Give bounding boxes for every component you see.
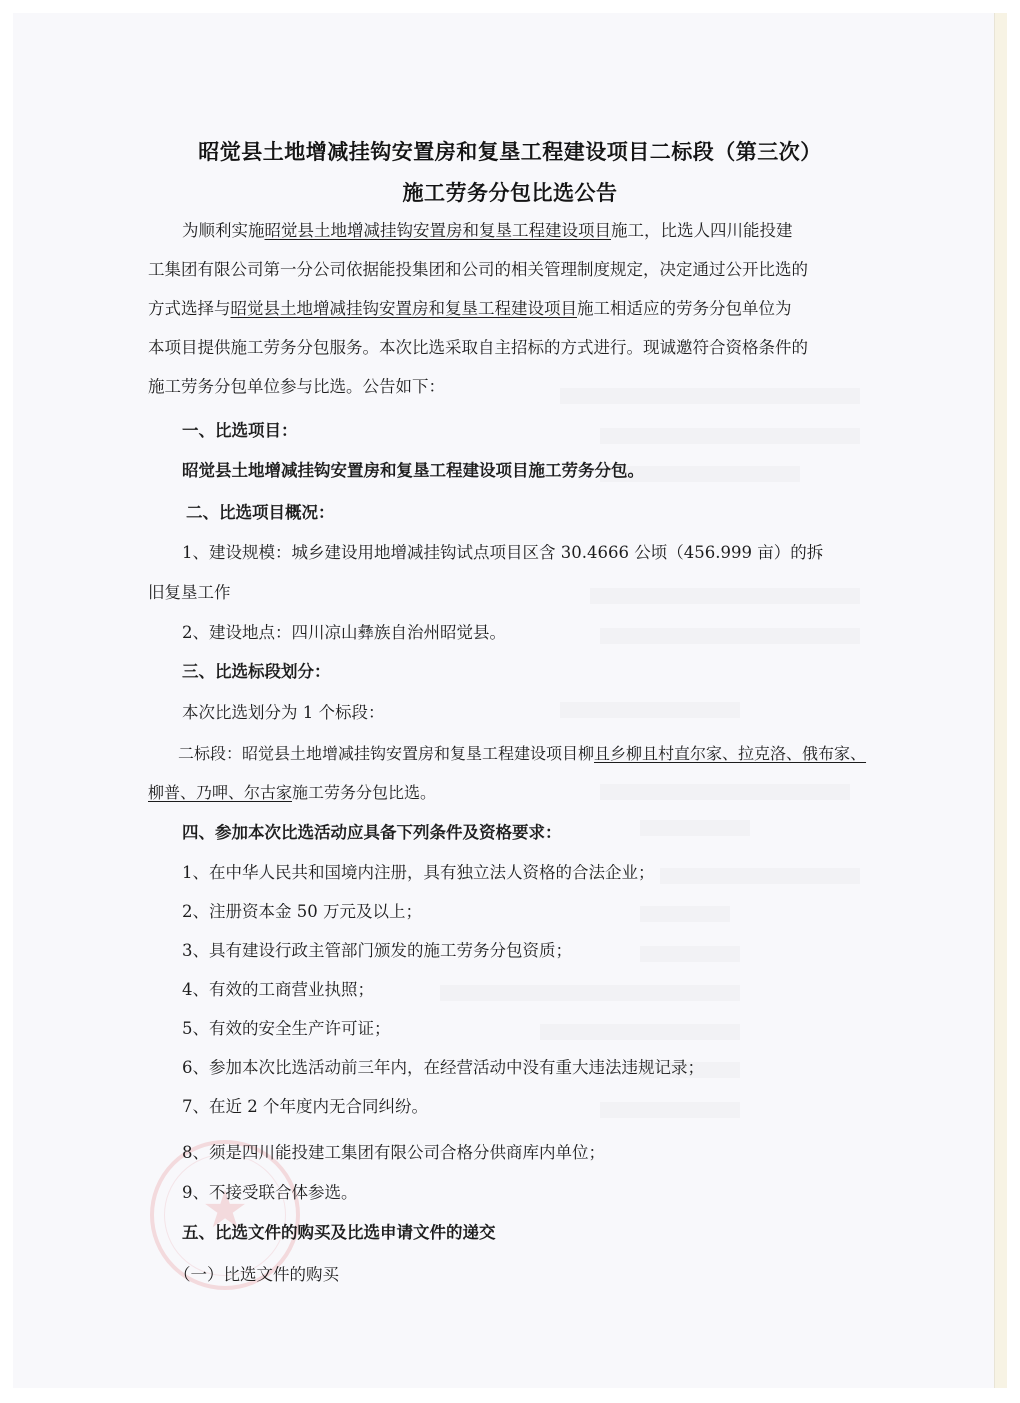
lot-description-line-2: 柳普、乃呷、尔古家施工劳务分包比选。: [148, 782, 436, 804]
requirement-item: 4、有效的工商营业执照；: [182, 979, 374, 1001]
section-2-item-1: 1、建设规模：城乡建设用地增减挂钩试点项目区含 30.4666 公顷（456.9…: [182, 542, 823, 564]
section-1-heading: 一、比选项目：: [182, 420, 298, 442]
section-2-item-2: 2、建设地点：四川凉山彝族自治州昭觉县。: [182, 622, 506, 644]
lot-villages-underlined: 柳普、乃呷、尔古家: [148, 783, 292, 802]
intro-text: 方式选择与: [148, 299, 231, 318]
requirement-item: 1、在中华人民共和国境内注册，具有独立法人资格的合法企业；: [182, 862, 655, 884]
document-title-line-1: 昭觉县土地增减挂钩安置房和复垦工程建设项目二标段（第三次）: [0, 136, 1020, 166]
intro-line-3: 方式选择与昭觉县土地增减挂钩安置房和复垦工程建设项目施工相适应的劳务分包单位为: [148, 298, 792, 320]
section-3-intro: 本次比选划分为 1 个标段：: [182, 702, 385, 724]
intro-text: 施工相适应的劳务分包单位为: [577, 299, 792, 318]
intro-line-5: 施工劳务分包单位参与比选。公告如下：: [148, 376, 445, 398]
lot-villages-underlined: 且乡柳且村直尔家、拉克洛、俄布家、: [594, 744, 866, 763]
section-4-heading: 四、参加本次比选活动应具备下列条件及资格要求：: [182, 822, 562, 844]
section-2-item-1-cont: 旧复垦工作: [148, 582, 231, 604]
section-1-content: 昭觉县土地增减挂钩安置房和复垦工程建设项目施工劳务分包。: [182, 460, 644, 482]
intro-line-1: 为顺利实施昭觉县土地增减挂钩安置房和复垦工程建设项目施工，比选人四川能投建: [182, 220, 793, 242]
intro-text: 施工，比选人四川能投建: [611, 221, 793, 240]
requirement-item: 7、在近 2 个年度内无合同纠纷。: [182, 1096, 428, 1118]
section-3-heading: 三、比选标段划分：: [182, 661, 331, 683]
intro-line-4: 本项目提供施工劳务分包服务。本次比选采取自主招标的方式进行。现诚邀符合资格条件的: [148, 337, 808, 359]
page-edge-strip: [994, 13, 1007, 1388]
requirement-item: 3、具有建设行政主管部门颁发的施工劳务分包资质；: [182, 940, 572, 962]
requirement-item: 5、有效的安全生产许可证；: [182, 1018, 391, 1040]
document-title-line-2: 施工劳务分包比选公告: [0, 177, 1020, 207]
lot-text: 二标段：昭觉县土地增减挂钩安置房和复垦工程建设项目柳: [178, 744, 594, 763]
section-5-subheading-1: （一）比选文件的购买: [174, 1264, 339, 1286]
intro-line-2: 工集团有限公司第一分公司依据能投集团和公司的相关管理制度规定，决定通过公开比选的: [148, 259, 808, 281]
project-name-underlined: 昭觉县土地增减挂钩安置房和复垦工程建设项目: [265, 221, 612, 240]
lot-description-line-1: 二标段：昭觉县土地增减挂钩安置房和复垦工程建设项目柳且乡柳且村直尔家、拉克洛、俄…: [178, 743, 866, 765]
requirement-item: 2、注册资本金 50 万元及以上；: [182, 901, 422, 923]
requirement-item: 8、须是四川能投建工集团有限公司合格分供商库内单位；: [182, 1142, 605, 1164]
requirement-item: 6、参加本次比选活动前三年内，在经营活动中没有重大违法违规记录；: [182, 1057, 704, 1079]
intro-text: 为顺利实施: [182, 221, 265, 240]
requirement-item: 9、不接受联合体参选。: [182, 1182, 358, 1204]
section-2-heading: 二、比选项目概况：: [186, 502, 335, 524]
lot-text: 施工劳务分包比选。: [292, 783, 436, 802]
project-name-underlined: 昭觉县土地增减挂钩安置房和复垦工程建设项目: [231, 299, 578, 318]
section-5-heading: 五、比选文件的购买及比选申请文件的递交: [182, 1222, 496, 1244]
